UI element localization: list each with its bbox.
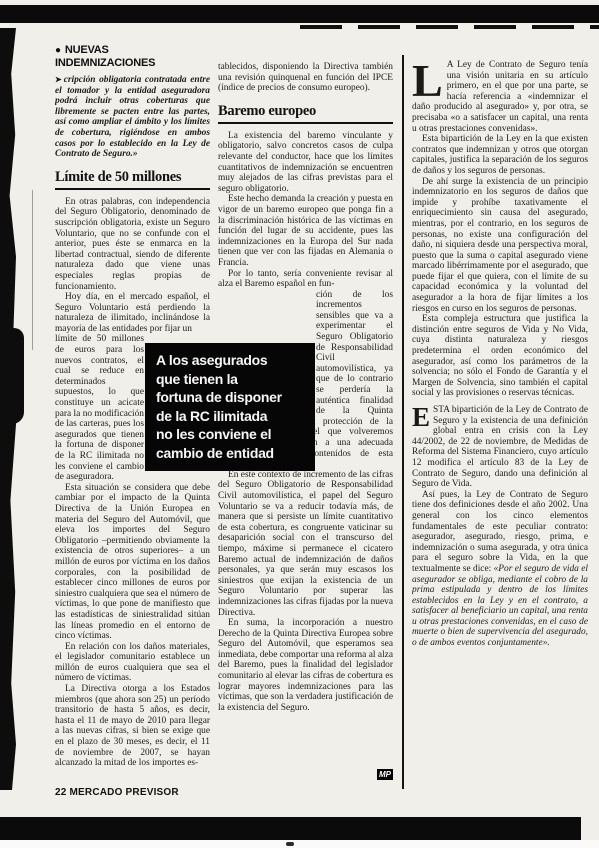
drop-cap-L: L (412, 60, 447, 100)
lead-text: cripción obligatoria contratada entre el… (55, 75, 210, 159)
paragraph: La Directiva otorga a los Estados miembr… (55, 684, 210, 769)
paragraph: En este contexto de incremento de las ci… (218, 470, 393, 618)
lead-italic-paragraph: ➤cripción obligatoria contratada entre e… (55, 75, 210, 160)
paragraph-text: Así pues, la Ley de Contrato de Seguro t… (412, 490, 588, 574)
page-folio: 22 MERCADO PREVISOR (55, 787, 179, 798)
scan-top-dashes (300, 25, 599, 29)
paragraph: Hoy día, en el mercado español, el Segur… (55, 292, 210, 334)
article-end-mark: MP (377, 769, 393, 780)
scan-bottom-bar (0, 817, 581, 840)
pull-quote-line: de la RC ilimitada (156, 407, 309, 426)
arrowhead-icon: ➤ (55, 75, 62, 84)
scan-fold-line (32, 190, 33, 350)
pull-quote-line: A los asegurados (156, 351, 309, 370)
paragraph: Por lo tanto, sería conveniente revisar … (218, 269, 393, 290)
scan-bottom-mark (286, 842, 294, 846)
kicker-label: NUEVAS INDEMNIZACIONES (55, 44, 155, 69)
paragraph: Esta situación se considera que debe cam… (55, 483, 210, 642)
paragraph: En otras palabras, con independencia del… (55, 197, 210, 292)
paragraph: Esta bipartición de la Ley en la que exi… (412, 134, 588, 176)
paragraph: En suma, la incorporación a nuestro Dere… (218, 618, 393, 713)
quoted-italic-text: «Por el seguro de vida el asegurador se … (412, 564, 588, 648)
paragraph: Esta compleja estructura que justifica l… (412, 314, 588, 399)
paragraph-with-dropcap: ESTA bipartición de la Ley de Contrato d… (412, 405, 588, 490)
paragraph-text: STA bipartición de la Ley de Contrato de… (412, 405, 588, 489)
right-column: LA Ley de Contrato de Seguro tenía una v… (412, 60, 588, 788)
paragraph: De ahí surge la existencia de un princip… (412, 177, 588, 315)
paragraph-with-dropcap: LA Ley de Contrato de Seguro tenía una v… (412, 60, 588, 134)
pull-quote-line: no les conviene el (156, 425, 309, 444)
paper-bottom-edge (0, 840, 599, 848)
paragraph: tablecidos, disponiendo la Directiva tam… (218, 62, 393, 94)
pull-quote-line: cambio de entidad (156, 444, 309, 463)
paragraph-mixed: Así pues, la Ley de Contrato de Seguro t… (412, 490, 588, 649)
paragraph-text: límite de 50 millones de euros para los … (55, 334, 144, 482)
bullet-icon: ● (55, 45, 61, 56)
heading-baremo-europeo: Baremo europeo (218, 103, 393, 124)
drop-cap-E: E (412, 405, 433, 429)
paragraph: Este hecho demanda la creación y puesta … (218, 194, 393, 268)
pull-quote-box: A los asegurados que tienen la fortuna d… (145, 343, 315, 471)
pull-quote-line: que tienen la (156, 370, 309, 389)
section-kicker: ●NUEVAS INDEMNIZACIONES (55, 44, 210, 70)
paragraph: En relación con los daños materiales, el… (55, 642, 210, 684)
scan-left-blob (0, 328, 24, 424)
scan-top-bar (0, 5, 599, 23)
heading-limite-50-millones: Límite de 50 millones (55, 169, 210, 190)
paragraph: La existencia del baremo vinculante y ob… (218, 131, 393, 195)
column-divider-rule (402, 55, 404, 789)
pull-quote-line: fortuna de disponer (156, 388, 309, 407)
